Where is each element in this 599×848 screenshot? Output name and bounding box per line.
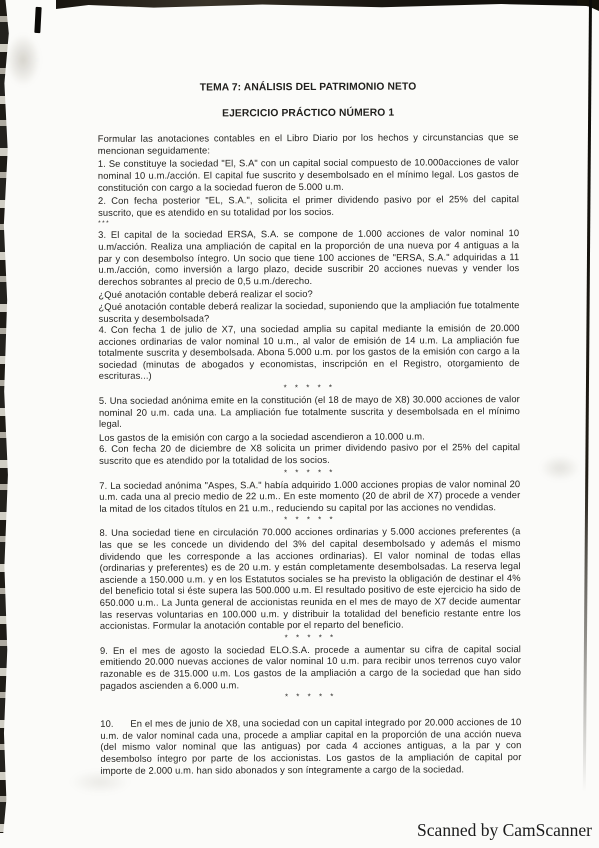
exercise-7: 7. La sociedad anónima "Aspes, S.A." hab… [99, 478, 520, 515]
exercise-8: 8. Una sociedad tiene en circulación 70.… [99, 525, 520, 631]
document-text: TEMA 7: ANÁLISIS DEL PATRIMONIO NETO EJE… [97, 81, 521, 778]
exercise-5: 5. Una sociedad anónima emite en la cons… [99, 393, 520, 430]
separator: * * * * * [99, 514, 520, 525]
scanned-page: TEMA 7: ANÁLISIS DEL PATRIMONIO NETO EJE… [0, 0, 599, 848]
exercise-1: 1. Se constituye la sociedad "El, S.A" c… [98, 156, 519, 193]
separator: * * * * * [100, 691, 521, 702]
exercise-2: 2. Con fecha posterior "EL, S.A.", solic… [98, 193, 519, 218]
scan-edge-left [0, 0, 11, 833]
scan-smudge [540, 455, 580, 481]
exercise-6: 6. Con fecha 20 de diciembre de X8 solic… [99, 442, 520, 467]
separator: *** [98, 218, 519, 227]
exercise-9: 9. En el mes de agosto la sociedad ELO.S… [100, 643, 521, 691]
camscanner-watermark: Scanned by CamScanner [417, 820, 592, 841]
scan-smudge [6, 34, 40, 86]
exercise-3: 3. El capital de la sociedad ERSA, S.A. … [98, 227, 519, 287]
document-subtitle: EJERCICIO PRÁCTICO NÚMERO 1 [98, 107, 519, 120]
scan-edge-right [583, 0, 592, 792]
scan-edge-top [56, 0, 599, 9]
document-body: Formular las anotaciones contables en el… [98, 131, 522, 776]
separator: * * * * * [100, 632, 521, 643]
intro-paragraph: Formular las anotaciones contables en el… [98, 131, 519, 156]
exercise-3-question-2: ¿Qué anotación contable deberá realizar … [98, 299, 519, 324]
separator: * * * * * [99, 467, 520, 478]
exercise-4: 4. Con fecha 1 de julio de X7, una socie… [99, 322, 520, 382]
exercise-10: 10. En el mes de junio de X8, una socied… [100, 716, 521, 776]
scan-ink-mark [34, 7, 41, 33]
document-title: TEMA 7: ANÁLISIS DEL PATRIMONIO NETO [97, 81, 518, 94]
separator: * * * * * [99, 382, 520, 393]
